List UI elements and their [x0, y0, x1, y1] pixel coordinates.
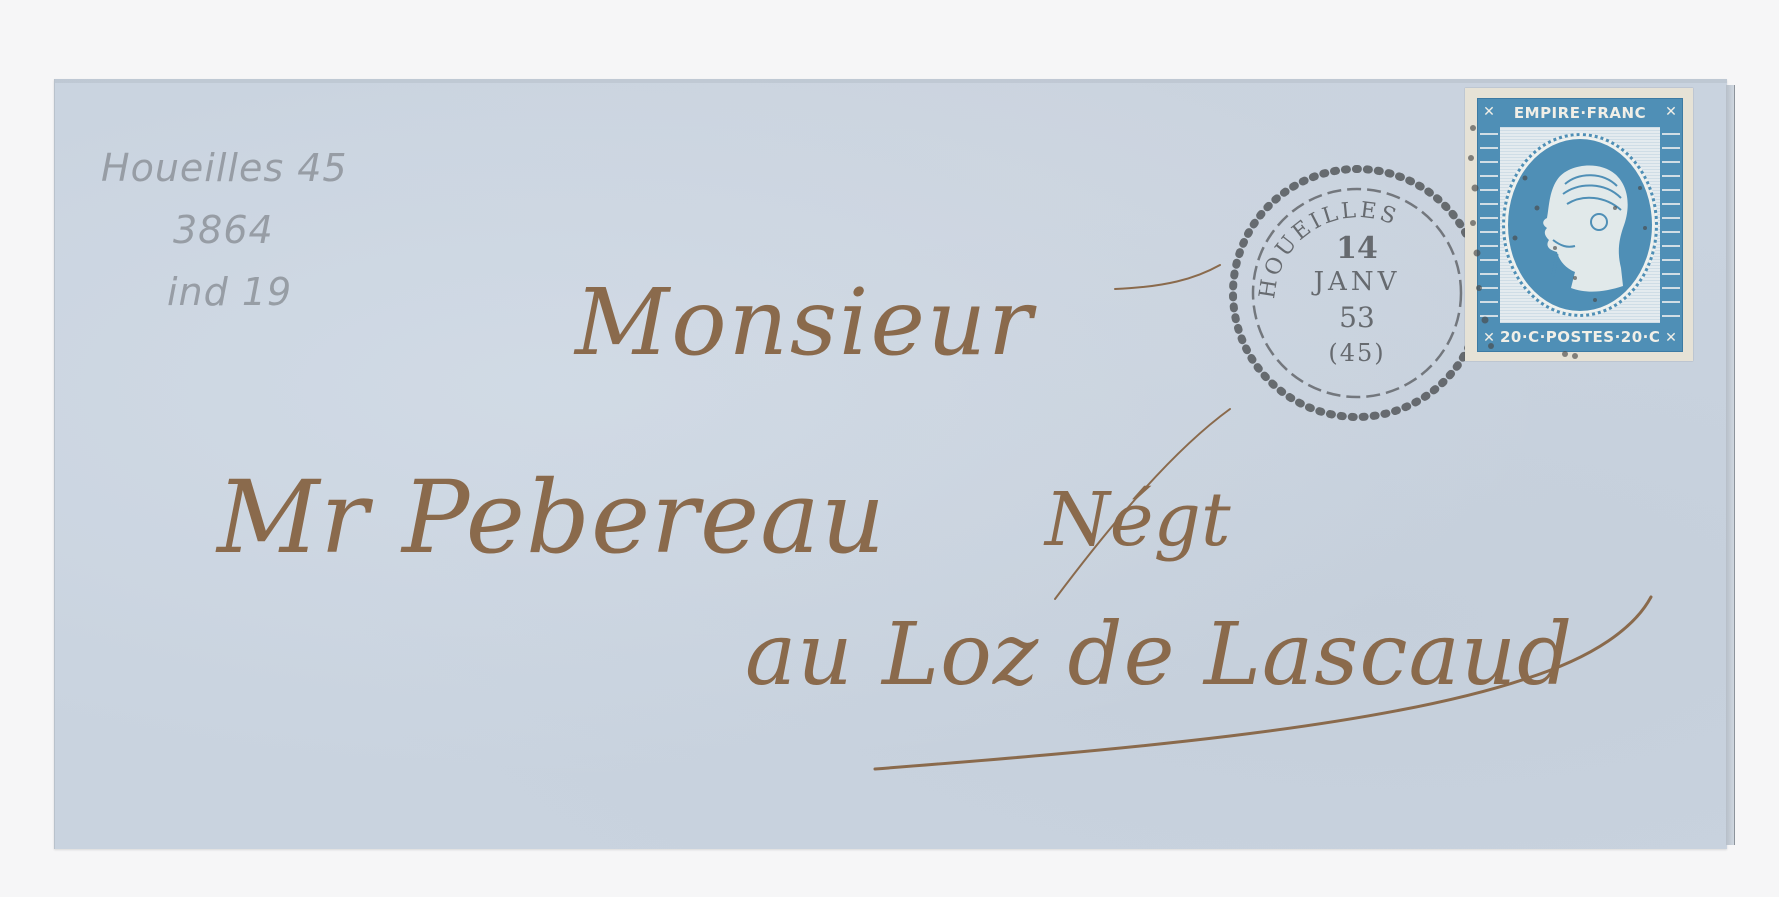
stamp-corner-icon: ✕	[1661, 327, 1681, 349]
stamp-corner-icon: ✕	[1479, 327, 1499, 349]
postmark-year: 53	[1223, 301, 1491, 334]
address-recipient-title: Négt	[1045, 477, 1231, 563]
postmark-department: (45)	[1223, 339, 1491, 367]
postmark: HOUEILLES 14 JANV 53 (45)	[1223, 159, 1491, 427]
address-salutation: Monsieur	[575, 269, 1034, 376]
address-place: au Loz de Lascaud	[745, 605, 1573, 705]
stamp-header-text: EMPIRE·FRANC	[1500, 101, 1660, 125]
stamp-greek-key-border	[1662, 127, 1680, 323]
pencil-note-origin: Houeilles 45	[101, 137, 348, 199]
emperor-portrait-icon	[1505, 136, 1655, 314]
postmark-month: JANV	[1223, 267, 1491, 297]
stamp-footer-text: 20·C·POSTES·20·C	[1500, 325, 1660, 349]
stamp-frame: ✕ ✕ ✕ ✕ EMPIRE·FRANC	[1477, 98, 1683, 352]
postmark-day: 14	[1223, 231, 1491, 266]
stamp-greek-key-border	[1480, 127, 1498, 323]
pencil-note-number: 3864	[101, 199, 348, 261]
letter-cover: Houeilles 45 3864 ind 19 Monsieur Mr Peb…	[54, 79, 1727, 849]
stamp-corner-icon: ✕	[1661, 101, 1681, 123]
pencil-note-index: ind 19	[101, 261, 348, 323]
pencil-notes: Houeilles 45 3864 ind 19	[101, 137, 348, 323]
stamp-vignette	[1500, 127, 1660, 323]
cover-fold-edge	[1726, 85, 1735, 845]
stamp-corner-icon: ✕	[1479, 101, 1499, 123]
cover-edge	[55, 79, 1727, 83]
postage-stamp: ✕ ✕ ✕ ✕ EMPIRE·FRANC	[1465, 88, 1693, 361]
address-recipient-name: Mr Pebereau	[217, 459, 886, 576]
stamp-portrait-oval	[1502, 133, 1658, 317]
